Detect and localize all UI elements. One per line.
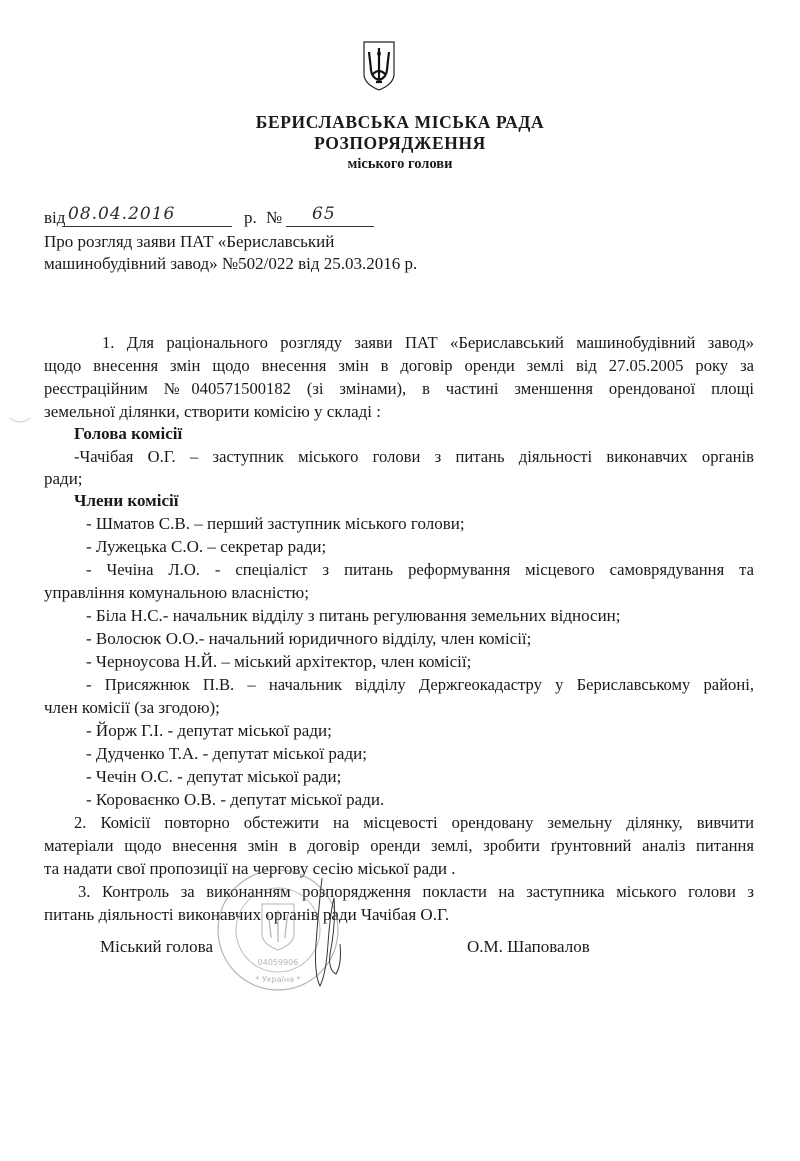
council-name: БЕРИСЛАВСЬКА МІСЬКА РАДА xyxy=(0,112,800,133)
subject-line-1: Про розгляд заяви ПАТ «Бериславський xyxy=(44,232,334,252)
member-item: - Біла Н.С.- начальник відділу з питань … xyxy=(86,606,621,626)
commission-head-title: Голова комісії xyxy=(74,424,182,444)
date-value: 08.04.2016 xyxy=(68,204,175,224)
subject-line-2: машинобудівний завод» №502/022 від 25.03… xyxy=(44,254,417,274)
paragraph-3-line: 3. Контроль за виконанням розпорядження … xyxy=(78,882,754,902)
member-item: - Чечіна Л.О. - спеціаліст з питань рефо… xyxy=(86,560,754,580)
member-item: - Чечін О.С. - депутат міської ради; xyxy=(86,767,341,787)
issuer: міського голови xyxy=(0,156,800,173)
member-item: - Волосюк О.О.- начальний юридичного від… xyxy=(86,629,531,649)
signature-name: О.М. Шаповалов xyxy=(467,937,590,957)
signature-position: Міський голова xyxy=(100,937,213,957)
number-label: № xyxy=(266,208,282,228)
document-page: БЕРИСЛАВСЬКА МІСЬКА РАДА РОЗПОРЯДЖЕННЯ м… xyxy=(0,0,800,1161)
member-item: - Дудченко Т.А. - депутат міської ради; xyxy=(86,744,367,764)
member-item: - Коровaєнко О.В. - депутат міської ради… xyxy=(86,790,384,810)
paragraph-1-line: земельної ділянки, створити комісію у ск… xyxy=(44,402,381,422)
member-item: - Шматов С.В. – перший заступник міськог… xyxy=(86,514,465,534)
stamp-bottom-text: * Україна * xyxy=(255,975,300,984)
commission-head-line: -Чачібая О.Г. – заступник міського голов… xyxy=(74,447,754,467)
paragraph-2-line: матеріали щодо внесення змін в договір о… xyxy=(44,836,754,856)
handwritten-signature xyxy=(300,874,350,994)
trident-coat-of-arms-icon xyxy=(362,40,396,92)
document-type: РОЗПОРЯДЖЕННЯ xyxy=(0,133,800,154)
stamp-code: 04059906 xyxy=(258,958,299,967)
member-item: - Лужецька С.О. – секретар ради; xyxy=(86,537,326,557)
member-item: - Присяжнюк П.В. – начальник відділу Дер… xyxy=(86,675,754,695)
commission-members-title: Члени комісії xyxy=(74,491,178,511)
member-item: член комісії (за згодою); xyxy=(44,698,220,718)
member-item: управління комунальною власністю; xyxy=(44,583,309,603)
number-field: 65 xyxy=(286,206,374,227)
paragraph-2-line: 2. Комісії повторно обстежити на місцево… xyxy=(74,813,754,833)
date-field: 08.04.2016 xyxy=(62,206,232,227)
number-value: 65 xyxy=(312,204,336,224)
commission-head-line: ради; xyxy=(44,469,83,489)
paragraph-1-line: реєстраційним №040571500182 (зі змінами)… xyxy=(44,379,754,399)
paragraph-1-line: 1. Для раціонального розгляду заяви ПАТ … xyxy=(102,333,754,353)
member-item: - Черноусова Н.Й. – міський архітектор, … xyxy=(86,652,471,672)
margin-mark xyxy=(8,416,32,426)
member-item: - Йорж Г.І. - депутат міської ради; xyxy=(86,721,332,741)
year-suffix: р. xyxy=(244,208,257,228)
paragraph-1-line: щодо внесення змін щодо внесення змін в … xyxy=(44,356,754,376)
